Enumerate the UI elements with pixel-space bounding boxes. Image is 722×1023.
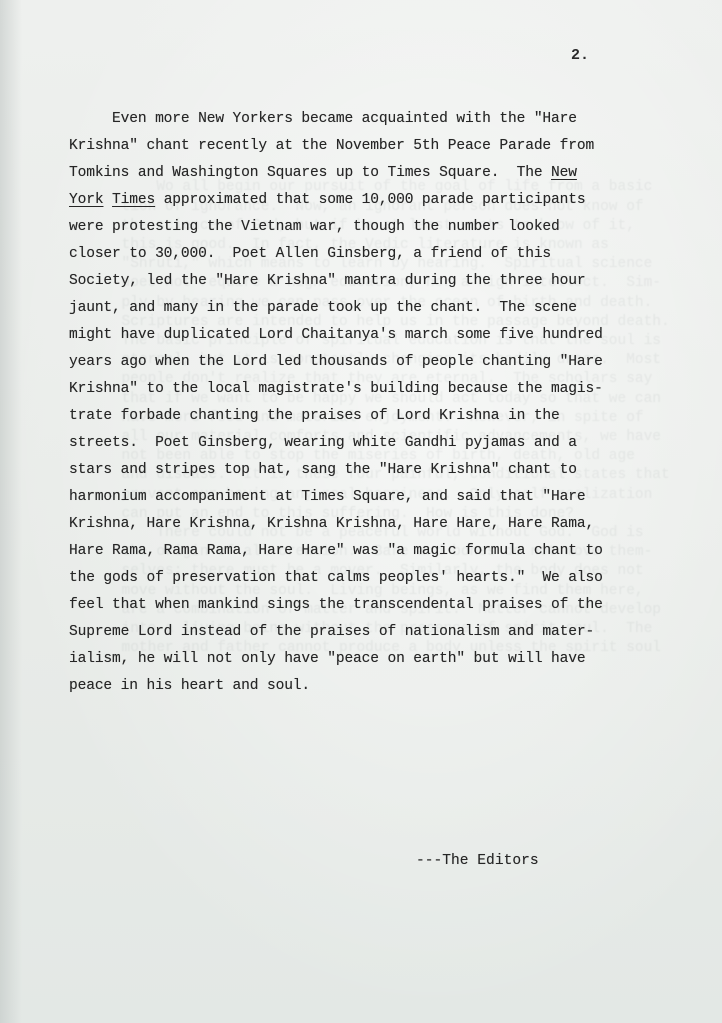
underlined-title: Times — [112, 192, 155, 208]
text-line: the gods of preservation that calms peop… — [69, 565, 709, 592]
underlined-title: York — [69, 192, 103, 208]
text-line: peace in his heart and soul. — [69, 673, 709, 700]
text-line: were protesting the Vietnam war, though … — [69, 214, 709, 241]
text-line: harmonium accompaniment at Times Square,… — [69, 484, 709, 511]
text-segment: peace in his heart and soul. — [69, 678, 310, 694]
text-segment: approximated that some 10,000 parade par… — [155, 192, 585, 208]
text-segment: Even more New Yorkers became acquainted … — [69, 111, 577, 127]
text-line: trate forbade chanting the praises of Lo… — [69, 403, 709, 430]
text-line: ialism, he will not only have "peace on … — [69, 646, 709, 673]
text-line: feel that when mankind sings the transce… — [69, 592, 709, 619]
text-line: stars and stripes top hat, sang the "Har… — [69, 457, 709, 484]
text-segment: Supreme Lord instead of the praises of n… — [69, 624, 594, 640]
text-line: Hare Rama, Rama Rama, Hare Hare" was "a … — [69, 538, 709, 565]
text-line: jaunt, and many in the parade took up th… — [69, 295, 709, 322]
text-segment: were protesting the Vietnam war, though … — [69, 219, 560, 235]
text-segment: Krishna, Hare Krishna, Krishna Krishna, … — [69, 516, 594, 532]
text-segment: might have duplicated Lord Chaitanya's m… — [69, 327, 603, 343]
text-segment: Tomkins and Washington Squares up to Tim… — [69, 165, 551, 181]
text-line: might have duplicated Lord Chaitanya's m… — [69, 322, 709, 349]
text-line: Krishna" to the local magistrate's build… — [69, 376, 709, 403]
text-line: York Times approximated that some 10,000… — [69, 187, 709, 214]
text-line: Society, led the "Hare Krishna" mantra d… — [69, 268, 709, 295]
text-line: Tomkins and Washington Squares up to Tim… — [69, 160, 709, 187]
text-segment: trate forbade chanting the praises of Lo… — [69, 408, 560, 424]
text-line: years ago when the Lord led thousands of… — [69, 349, 709, 376]
text-segment: jaunt, and many in the parade took up th… — [69, 300, 577, 316]
text-segment: harmonium accompaniment at Times Square,… — [69, 489, 585, 505]
text-line: Krishna" chant recently at the November … — [69, 133, 709, 160]
text-segment: feel that when mankind sings the transce… — [69, 597, 603, 613]
text-line: streets. Poet Ginsberg, wearing white Ga… — [69, 430, 709, 457]
document-page: Wo all begin our pursuit of the goal of … — [0, 0, 722, 1023]
text-line: closer to 30,000. Poet Allen Ginsberg, a… — [69, 241, 709, 268]
text-line: Krishna, Hare Krishna, Krishna Krishna, … — [69, 511, 709, 538]
text-segment: the gods of preservation that calms peop… — [69, 570, 603, 586]
text-segment: Krishna" to the local magistrate's build… — [69, 381, 603, 397]
text-line: Even more New Yorkers became acquainted … — [69, 106, 709, 133]
text-segment: Society, led the "Hare Krishna" mantra d… — [69, 273, 585, 289]
text-segment: Krishna" chant recently at the November … — [69, 138, 594, 154]
page-edge-shadow — [0, 0, 22, 1023]
text-segment: ialism, he will not only have "peace on … — [69, 651, 585, 667]
underlined-title: New — [551, 165, 577, 181]
page-number: 2. — [571, 47, 589, 64]
text-segment: stars and stripes top hat, sang the "Har… — [69, 462, 577, 478]
text-segment: years ago when the Lord led thousands of… — [69, 354, 603, 370]
signature: ---The Editors — [416, 848, 539, 875]
text-line: Supreme Lord instead of the praises of n… — [69, 619, 709, 646]
text-segment: streets. Poet Ginsberg, wearing white Ga… — [69, 435, 577, 451]
text-segment: closer to 30,000. Poet Allen Ginsberg, a… — [69, 246, 551, 262]
text-segment — [103, 192, 112, 208]
text-segment: Hare Rama, Rama Rama, Hare Hare" was "a … — [69, 543, 603, 559]
body-paragraph: Even more New Yorkers became acquainted … — [69, 106, 709, 700]
